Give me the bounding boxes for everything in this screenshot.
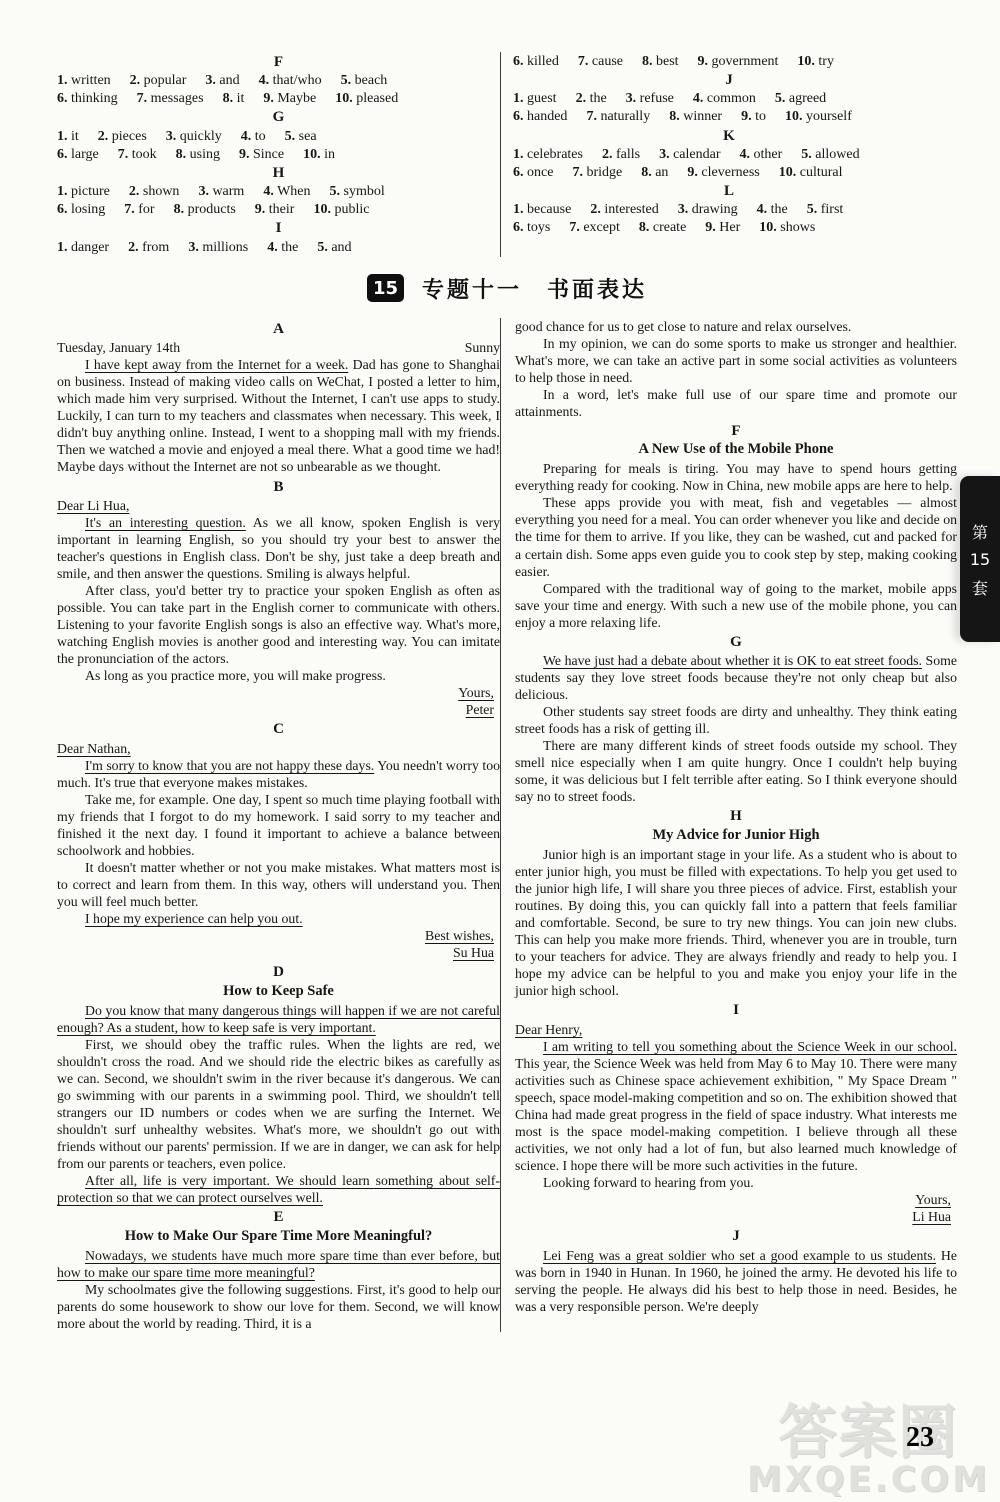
essay-paragraph: I am writing to tell you something about… <box>515 1038 957 1174</box>
answer-item: 7. except <box>569 219 620 236</box>
answer-item: 9. their <box>255 201 295 218</box>
section-title: 专题十一 书面表达 <box>422 273 647 304</box>
set-tab-char: 15 <box>970 550 990 569</box>
essay-paragraph: Compared with the traditional way of goi… <box>515 580 957 631</box>
answer-item: 7. messages <box>137 90 204 107</box>
answer-item: 3. calendar <box>659 146 720 163</box>
essay-title: A New Use of the Mobile Phone <box>515 441 957 459</box>
answer-section-label: F <box>57 53 500 71</box>
essay-paragraph: Dear Henry, <box>515 1021 957 1038</box>
answer-item: 4. common <box>693 90 756 107</box>
essay-paragraph: Do you know that many dangerous things w… <box>57 1002 500 1036</box>
essay-paragraph: I have kept away from the Internet for a… <box>57 356 500 475</box>
answer-item: 9. to <box>741 108 766 125</box>
essay-meta: Tuesday, January 14thSunny <box>57 339 500 356</box>
essay-paragraph: It doesn't matter whether or not you mak… <box>57 859 500 910</box>
answer-row: 6. toys7. except8. create9. Her10. shows <box>513 219 945 236</box>
answer-section-label: I <box>57 219 500 237</box>
answer-item: 6. once <box>513 164 553 181</box>
answer-item: 8. create <box>639 219 686 236</box>
essay-label: I <box>515 1001 957 1020</box>
answer-item: 2. pieces <box>98 128 147 145</box>
answer-section-label: L <box>513 182 945 200</box>
answer-item: 5. beach <box>341 72 388 89</box>
answer-section-label: G <box>57 108 500 126</box>
answer-item: 9. Her <box>705 219 740 236</box>
essay-signature: Best wishes,Su Hua <box>57 927 500 961</box>
answer-item: 9. Maybe <box>263 90 316 107</box>
section-number-badge: 15 <box>367 274 404 302</box>
essay-title: My Advice for Junior High <box>515 827 957 845</box>
essay-paragraph: My schoolmates give the following sugges… <box>57 1281 500 1332</box>
answer-item: 2. interested <box>590 201 658 218</box>
essay-paragraph: Nowadays, we students have much more spa… <box>57 1247 500 1281</box>
essay-title: How to Make Our Spare Time More Meaningf… <box>57 1228 500 1246</box>
essay-paragraph: First, we should obey the traffic rules.… <box>57 1036 500 1172</box>
essay-paragraph: It's an interesting question. As we all … <box>57 514 500 582</box>
essays-section: ATuesday, January 14thSunnyI have kept a… <box>57 318 957 1332</box>
essay-paragraph: In a word, let's make full use of our sp… <box>515 386 957 420</box>
essay-date: Tuesday, January 14th <box>57 339 180 356</box>
essay-paragraph: After class, you'd better try to practic… <box>57 582 500 667</box>
essays-right-column: good chance for us to get close to natur… <box>500 318 957 1332</box>
answer-item: 3. refuse <box>626 90 674 107</box>
answer-item: 8. products <box>174 201 236 218</box>
answer-row: 1. because2. interested3. drawing4. the5… <box>513 201 945 218</box>
signature-line: Best wishes, <box>57 927 494 944</box>
answer-item: 10. yourself <box>785 108 852 125</box>
answer-row: 6. large7. took8. using9. Since10. in <box>57 146 500 163</box>
answer-item: 4. other <box>740 146 783 163</box>
answer-item: 7. cause <box>578 53 623 70</box>
essay-label: H <box>515 807 957 826</box>
answer-key-left-column: F1. written2. popular3. and4. that/who5.… <box>57 52 500 257</box>
essay-label: D <box>57 963 500 982</box>
essay-signature: Yours,Peter <box>57 684 500 718</box>
answer-item: 5. first <box>807 201 844 218</box>
signature-line: Peter <box>57 701 494 718</box>
answer-item: 4. the <box>757 201 788 218</box>
answer-item: 8. an <box>641 164 668 181</box>
answer-item: 6. killed <box>513 53 559 70</box>
answer-item: 7. took <box>118 146 157 163</box>
answer-item: 6. handed <box>513 108 567 125</box>
watermark-logo: 答案圈 <box>747 1403 990 1461</box>
answer-row: 6. losing7. for8. products9. their10. pu… <box>57 201 500 218</box>
answer-item: 1. it <box>57 128 79 145</box>
answer-section-label: H <box>57 164 500 182</box>
answer-item: 10. try <box>797 53 834 70</box>
answer-row: 1. written2. popular3. and4. that/who5. … <box>57 72 500 89</box>
answer-item: 9. Since <box>239 146 284 163</box>
answer-item: 6. large <box>57 146 99 163</box>
signature-line: Yours, <box>57 684 494 701</box>
answer-item: 1. celebrates <box>513 146 583 163</box>
essay-paragraph: Other students say street foods are dirt… <box>515 703 957 737</box>
page-content: F1. written2. popular3. and4. that/who5.… <box>57 52 957 1332</box>
signature-line: Yours, <box>515 1191 951 1208</box>
essays-left-column: ATuesday, January 14thSunnyI have kept a… <box>57 318 500 1332</box>
essay-paragraph: Preparing for meals is tiring. You may h… <box>515 460 957 494</box>
answer-item: 6. losing <box>57 201 105 218</box>
essay-label: A <box>57 320 500 339</box>
answer-row: 1. celebrates2. falls3. calendar4. other… <box>513 146 945 163</box>
answer-item: 5. agreed <box>775 90 826 107</box>
answer-row: 1. picture2. shown3. warm4. When5. symbo… <box>57 183 500 200</box>
workbook-page: F1. written2. popular3. and4. that/who5.… <box>0 0 1000 1502</box>
essay-paragraph: In my opinion, we can do some sports to … <box>515 335 957 386</box>
set-tab-char: 第 <box>972 520 988 543</box>
essay-label: G <box>515 633 957 652</box>
answer-item: 5. and <box>317 239 351 256</box>
answer-item: 3. and <box>205 72 239 89</box>
answer-item: 4. the <box>267 239 298 256</box>
answer-item: 8. it <box>223 90 245 107</box>
answer-item: 4. When <box>263 183 310 200</box>
answer-item: 10. in <box>303 146 335 163</box>
essay-label: E <box>57 1208 500 1227</box>
answer-item: 1. danger <box>57 239 109 256</box>
answer-row: 6. thinking7. messages8. it9. Maybe10. p… <box>57 90 500 107</box>
answer-item: 7. naturally <box>586 108 650 125</box>
signature-line: Li Hua <box>515 1208 951 1225</box>
answer-item: 2. the <box>576 90 607 107</box>
essay-paragraph: After all, life is very important. We sh… <box>57 1172 500 1206</box>
answer-item: 7. bridge <box>572 164 622 181</box>
essay-paragraph: good chance for us to get close to natur… <box>515 318 957 335</box>
answer-section-label: J <box>513 71 945 89</box>
answer-item: 2. popular <box>130 72 187 89</box>
answer-item: 9. government <box>698 53 779 70</box>
answer-key-right-column: 6. killed7. cause8. best9. government10.… <box>500 52 945 257</box>
answer-item: 1. guest <box>513 90 557 107</box>
answer-item: 2. shown <box>129 183 180 200</box>
essay-title: How to Keep Safe <box>57 983 500 1001</box>
essay-paragraph: I hope my experience can help you out. <box>57 910 500 927</box>
essay-paragraph: Looking forward to hearing from you. <box>515 1174 957 1191</box>
essay-paragraph: These apps provide you with meat, fish a… <box>515 494 957 579</box>
essay-label: C <box>57 720 500 739</box>
answer-item: 2. falls <box>602 146 640 163</box>
answer-item: 4. to <box>241 128 266 145</box>
answer-item: 1. picture <box>57 183 110 200</box>
page-number: 23 <box>906 1422 934 1454</box>
essay-label: B <box>57 478 500 497</box>
answer-item: 10. shows <box>759 219 815 236</box>
answer-item: 5. sea <box>285 128 317 145</box>
essay-paragraph: Lei Feng was a great soldier who set a g… <box>515 1247 957 1315</box>
answer-item: 8. winner <box>669 108 722 125</box>
signature-line: Su Hua <box>57 944 494 961</box>
essay-label: F <box>515 422 957 441</box>
section-header: 15 专题十一 书面表达 <box>57 273 957 304</box>
answer-item: 8. best <box>642 53 679 70</box>
answer-item: 8. using <box>176 146 220 163</box>
answer-item: 1. written <box>57 72 111 89</box>
watermark: 答案圈 MXQE.COM <box>747 1403 990 1498</box>
answer-item: 5. symbol <box>330 183 385 200</box>
answer-item: 9. cleverness <box>687 164 759 181</box>
answer-item: 2. from <box>128 239 169 256</box>
answer-section-label: K <box>513 127 945 145</box>
answer-item: 10. public <box>313 201 369 218</box>
answer-row: 6. killed7. cause8. best9. government10.… <box>513 53 945 70</box>
answer-item: 3. drawing <box>678 201 738 218</box>
answer-item: 4. that/who <box>259 72 322 89</box>
set-tab: 第 15 套 <box>960 476 1000 642</box>
essay-paragraph: As long as you practice more, you will m… <box>57 667 500 684</box>
answer-item: 10. cultural <box>779 164 843 181</box>
answer-item: 10. pleased <box>335 90 398 107</box>
set-tab-char: 套 <box>972 576 988 599</box>
answer-row: 1. danger2. from3. millions4. the5. and <box>57 239 500 256</box>
essay-paragraph: Dear Li Hua, <box>57 497 500 514</box>
essay-paragraph: I'm sorry to know that you are not happy… <box>57 757 500 791</box>
answer-item: 7. for <box>124 201 154 218</box>
essay-signature: Yours,Li Hua <box>515 1191 957 1225</box>
answer-row: 6. once7. bridge8. an9. cleverness10. cu… <box>513 164 945 181</box>
answer-item: 3. warm <box>198 183 244 200</box>
answer-row: 1. guest2. the3. refuse4. common5. agree… <box>513 90 945 107</box>
essay-weather: Sunny <box>465 339 500 356</box>
answer-row: 1. it2. pieces3. quickly4. to5. sea <box>57 128 500 145</box>
essay-paragraph: Junior high is an important stage in you… <box>515 846 957 999</box>
answer-item: 6. toys <box>513 219 550 236</box>
essay-paragraph: We have just had a debate about whether … <box>515 652 957 703</box>
essay-label: J <box>515 1227 957 1246</box>
essay-paragraph: There are many different kinds of street… <box>515 737 957 805</box>
answer-item: 3. quickly <box>166 128 222 145</box>
answer-item: 3. millions <box>188 239 248 256</box>
answer-key-section: F1. written2. popular3. and4. that/who5.… <box>57 52 957 257</box>
answer-item: 6. thinking <box>57 90 118 107</box>
essay-paragraph: Take me, for example. One day, I spent s… <box>57 791 500 859</box>
answer-row: 6. handed7. naturally8. winner9. to10. y… <box>513 108 945 125</box>
answer-item: 1. because <box>513 201 571 218</box>
answer-item: 5. allowed <box>801 146 859 163</box>
essay-paragraph: Dear Nathan, <box>57 740 500 757</box>
watermark-site: MXQE.COM <box>747 1463 990 1498</box>
